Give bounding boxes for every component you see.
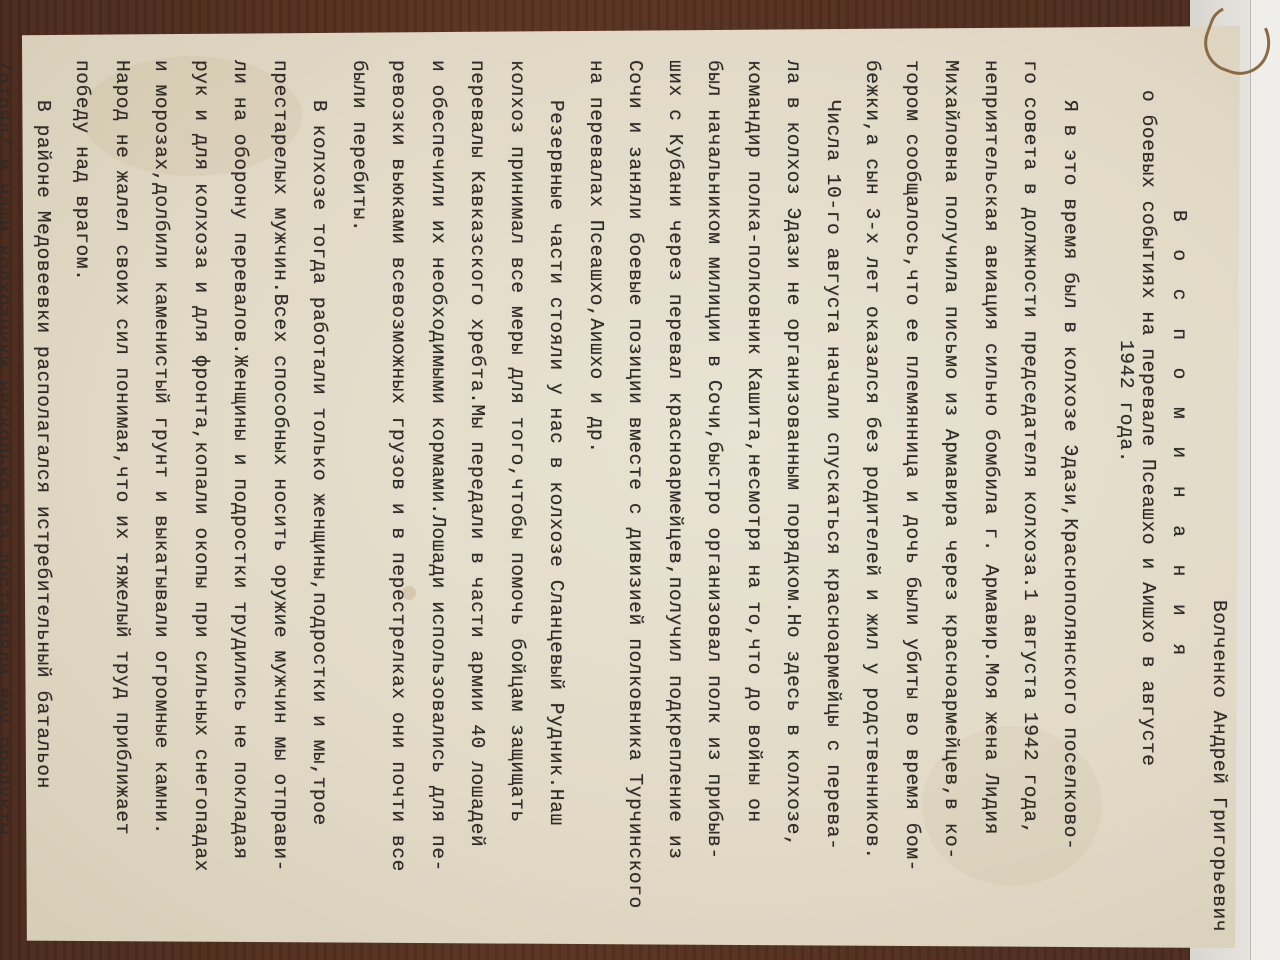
archive-folder-edge xyxy=(1250,0,1280,960)
text-line: неприятельская авиация сильно бомбила г.… xyxy=(971,40,1011,940)
text-line: рук и для колхоза и для фронта,копали ок… xyxy=(181,40,221,940)
document-body: Я в это время был в колхозе Эдази,Красно… xyxy=(0,40,1089,940)
text-line: был начальником милиции в Сочи,быстро ор… xyxy=(694,40,734,940)
text-line: Я в это время был в колхозе Эдази,Красно… xyxy=(1050,40,1090,940)
text-line: Резервные части стояли у нас в колхозе С… xyxy=(536,40,576,940)
text-line: В колхозе тогда работали только женщины,… xyxy=(299,40,339,940)
text-line: Михайловна получила письмо из Армавира ч… xyxy=(931,40,971,940)
text-line: Сочи и заняли боевые позиции вместе с ди… xyxy=(615,40,655,940)
text-line: тором сообщалось,что ее племянница и доч… xyxy=(892,40,932,940)
text-line: колхоз принимал все меры для того,чтобы … xyxy=(497,40,537,940)
text-line: были перебиты. xyxy=(339,40,379,940)
text-line: ших с Кубани через перевал красноармейце… xyxy=(655,40,695,940)
author-name: Волченко Андрей Григорьевич xyxy=(1199,40,1239,940)
text-line: /отряд/ и наши колхозники несколько раз … xyxy=(0,40,23,940)
text-line: В районе Медовеевки располагался истреби… xyxy=(23,40,63,940)
paragraph: Резервные части стояли у нас в колхозе С… xyxy=(339,40,576,940)
document-subtitle: о боевых событиях на перевале Псеашхо и … xyxy=(1137,40,1159,940)
paragraph: В колхозе тогда работали только женщины,… xyxy=(62,40,339,940)
text-line: го совета в должности председателя колхо… xyxy=(1010,40,1050,940)
text-line: перевалы Кавказского хребта.Мы передали … xyxy=(457,40,497,940)
document-text: Волченко Андрей Григорьевич В о с п о м … xyxy=(58,40,1238,940)
text-line: Народ не жалел своих сил понимая,что их … xyxy=(102,40,142,940)
paragraph: В районе Медовеевки располагался истреби… xyxy=(0,40,62,940)
text-line: престарелых мужчин.Всех способных носить… xyxy=(260,40,300,940)
text-line: победу над врагом. xyxy=(62,40,102,940)
text-line: и обеспечили их необходимыми кормами.Лош… xyxy=(418,40,458,940)
text-line: ревозки вьюками всевозможных грузов и в … xyxy=(378,40,418,940)
document-title: В о с п о м и н а н и я xyxy=(1159,40,1199,940)
text-line: ла в колхоз Эдази не организованным поря… xyxy=(773,40,813,940)
text-line: на перевалах Псеашхо,Аишхо и др. xyxy=(576,40,616,940)
text-line: бежки,а сын 3-х лет оказался без родител… xyxy=(852,40,892,940)
text-line: ли на оборону перевалов.Женщины и подрос… xyxy=(220,40,260,940)
paragraph: Числа 10-го августа начали спускаться кр… xyxy=(576,40,853,940)
text-line: командир полка-полковник Кашита,несмотря… xyxy=(734,40,774,940)
paragraph: Я в это время был в колхозе Эдази,Красно… xyxy=(852,40,1089,940)
text-line: Числа 10-го августа начали спускаться кр… xyxy=(813,40,853,940)
text-line: и морозах,долбили каменистый грунт и вык… xyxy=(141,40,181,940)
document-year: 1942 года. xyxy=(1107,40,1137,940)
